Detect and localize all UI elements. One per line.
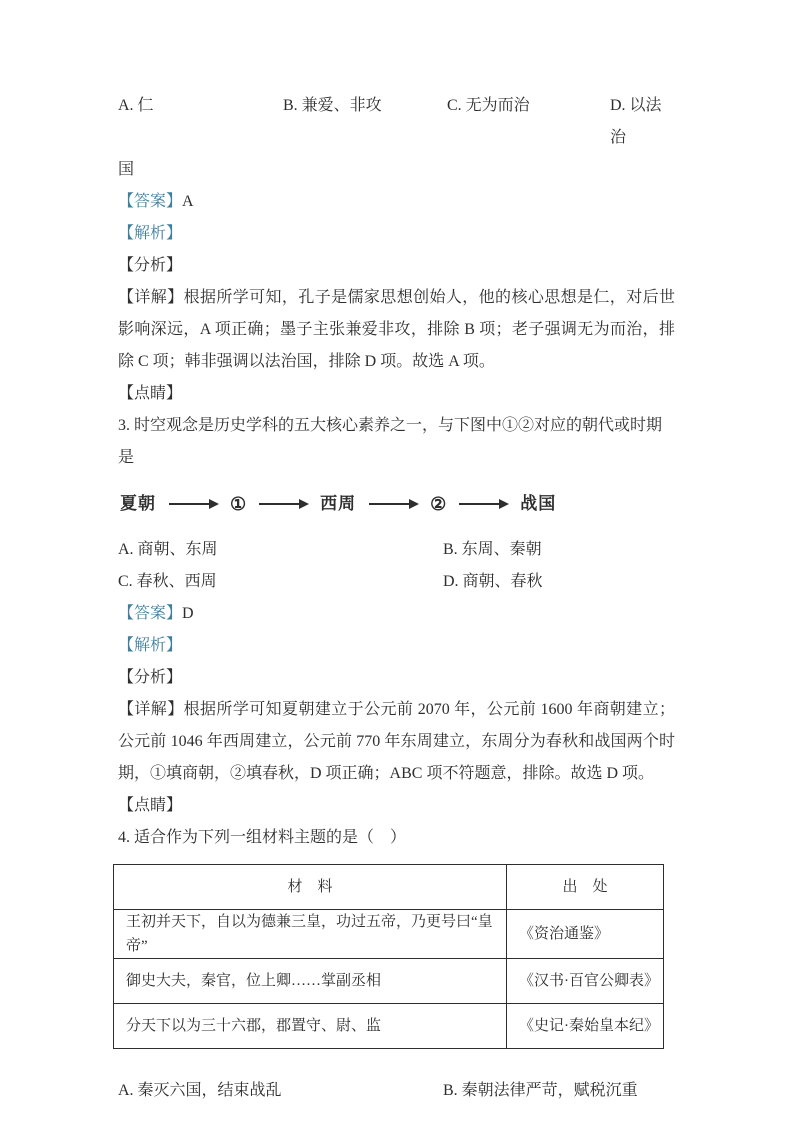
q3-fenxi-label: 【分析】 [118,662,675,694]
arrow-right-icon [259,503,307,505]
q2-xiangjie-paragraph: 【详解】根据所学可知，孔子是儒家思想创始人，他的核心思想是仁，对后世影响深远，A… [118,282,675,378]
q3-option-a: A. 商朝、东周 [118,534,443,566]
table-row: 王初并天下，自以为德兼三皇，功过五帝，乃更号曰“皇帝” 《资治通鉴》 [114,910,664,959]
q3-options-grid: A. 商朝、东周 B. 东周、秦朝 C. 春秋、西周 D. 商朝、春秋 [118,534,675,598]
table-row: 御史大夫，秦官，位上卿……掌副丞相 《汉书·百官公卿表》 [114,959,664,1004]
answer-label: 【答案】 [118,193,182,210]
q3-option-c: C. 春秋、西周 [118,566,443,598]
q3-timeline-diagram: 夏朝 ① 西周 ② 战国 [120,482,675,526]
q2-options-row: A. 仁 B. 兼爱、非攻 C. 无为而治 D. 以法治 [118,90,675,154]
timeline-circled-2: ② [430,488,446,520]
q2-fenxi-label: 【分析】 [118,250,675,282]
q4-option-a: A. 秦灭六国，结束战乱 [118,1075,443,1107]
q2-option-d-wrapped-char: 国 [118,154,675,186]
q2-option-d: D. 以法治 [610,90,675,154]
table-cell-material: 御史大夫，秦官，位上卿……掌副丞相 [114,959,507,1004]
table-header-row: 材 料 出 处 [114,865,664,910]
q2-answer-value: A [182,193,194,210]
table-cell-material: 分天下以为三十六郡，郡置守、尉、监 [114,1004,507,1049]
q2-option-c: C. 无为而治 [447,90,610,154]
timeline-label-western-zhou: 西周 [320,488,356,520]
q3-answer-line: 【答案】D [118,598,675,630]
q2-option-b: B. 兼爱、非攻 [283,90,447,154]
q4-stem: 4. 适合作为下列一组材料主题的是（ ） [118,822,675,854]
q3-xiangjie-paragraph: 【详解】根据所学可知夏朝建立于公元前 2070 年，公元前 1600 年商朝建立… [118,694,675,790]
table-cell-source: 《资治通鉴》 [507,910,664,959]
q4-materials-table: 材 料 出 处 王初并天下，自以为德兼三皇，功过五帝，乃更号曰“皇帝” 《资治通… [113,864,664,1049]
q4-options-grid: A. 秦灭六国，结束战乱 B. 秦朝法律严苛，赋税沉重 [118,1075,675,1107]
q2-answer-line: 【答案】A [118,186,675,218]
timeline-circled-1: ① [230,488,246,520]
q2-option-a: A. 仁 [118,90,283,154]
q3-option-b: B. 东周、秦朝 [443,534,675,566]
table-cell-source: 《汉书·百官公卿表》 [507,959,664,1004]
table-cell-source: 《史记·秦始皇本纪》 [507,1004,664,1049]
q2-jiexi-label: 【解析】 [118,218,675,250]
arrow-right-icon [369,503,417,505]
q3-stem: 3. 时空观念是历史学科的五大核心素养之一，与下图中①②对应的朝代或时期是 [118,410,675,474]
table-cell-material: 王初并天下，自以为德兼三皇，功过五帝，乃更号曰“皇帝” [114,910,507,959]
q4-option-b: B. 秦朝法律严苛，赋税沉重 [443,1075,675,1107]
q3-jiexi-label: 【解析】 [118,630,675,662]
table-header-source: 出 处 [507,865,664,910]
timeline-label-xia-dynasty: 夏朝 [120,488,156,520]
table-row: 分天下以为三十六郡，郡置守、尉、监 《史记·秦始皇本纪》 [114,1004,664,1049]
q3-answer-value: D [182,605,194,622]
timeline-label-warring-states: 战国 [520,488,556,520]
q2-dianjing-label: 【点睛】 [118,378,675,410]
answer-label: 【答案】 [118,605,182,622]
arrow-right-icon [459,503,507,505]
table-header-material: 材 料 [114,865,507,910]
q3-dianjing-label: 【点睛】 [118,790,675,822]
arrow-right-icon [169,503,217,505]
exam-document-page: A. 仁 B. 兼爱、非攻 C. 无为而治 D. 以法治 国 【答案】A 【解析… [0,0,793,1122]
q3-option-d: D. 商朝、春秋 [443,566,675,598]
